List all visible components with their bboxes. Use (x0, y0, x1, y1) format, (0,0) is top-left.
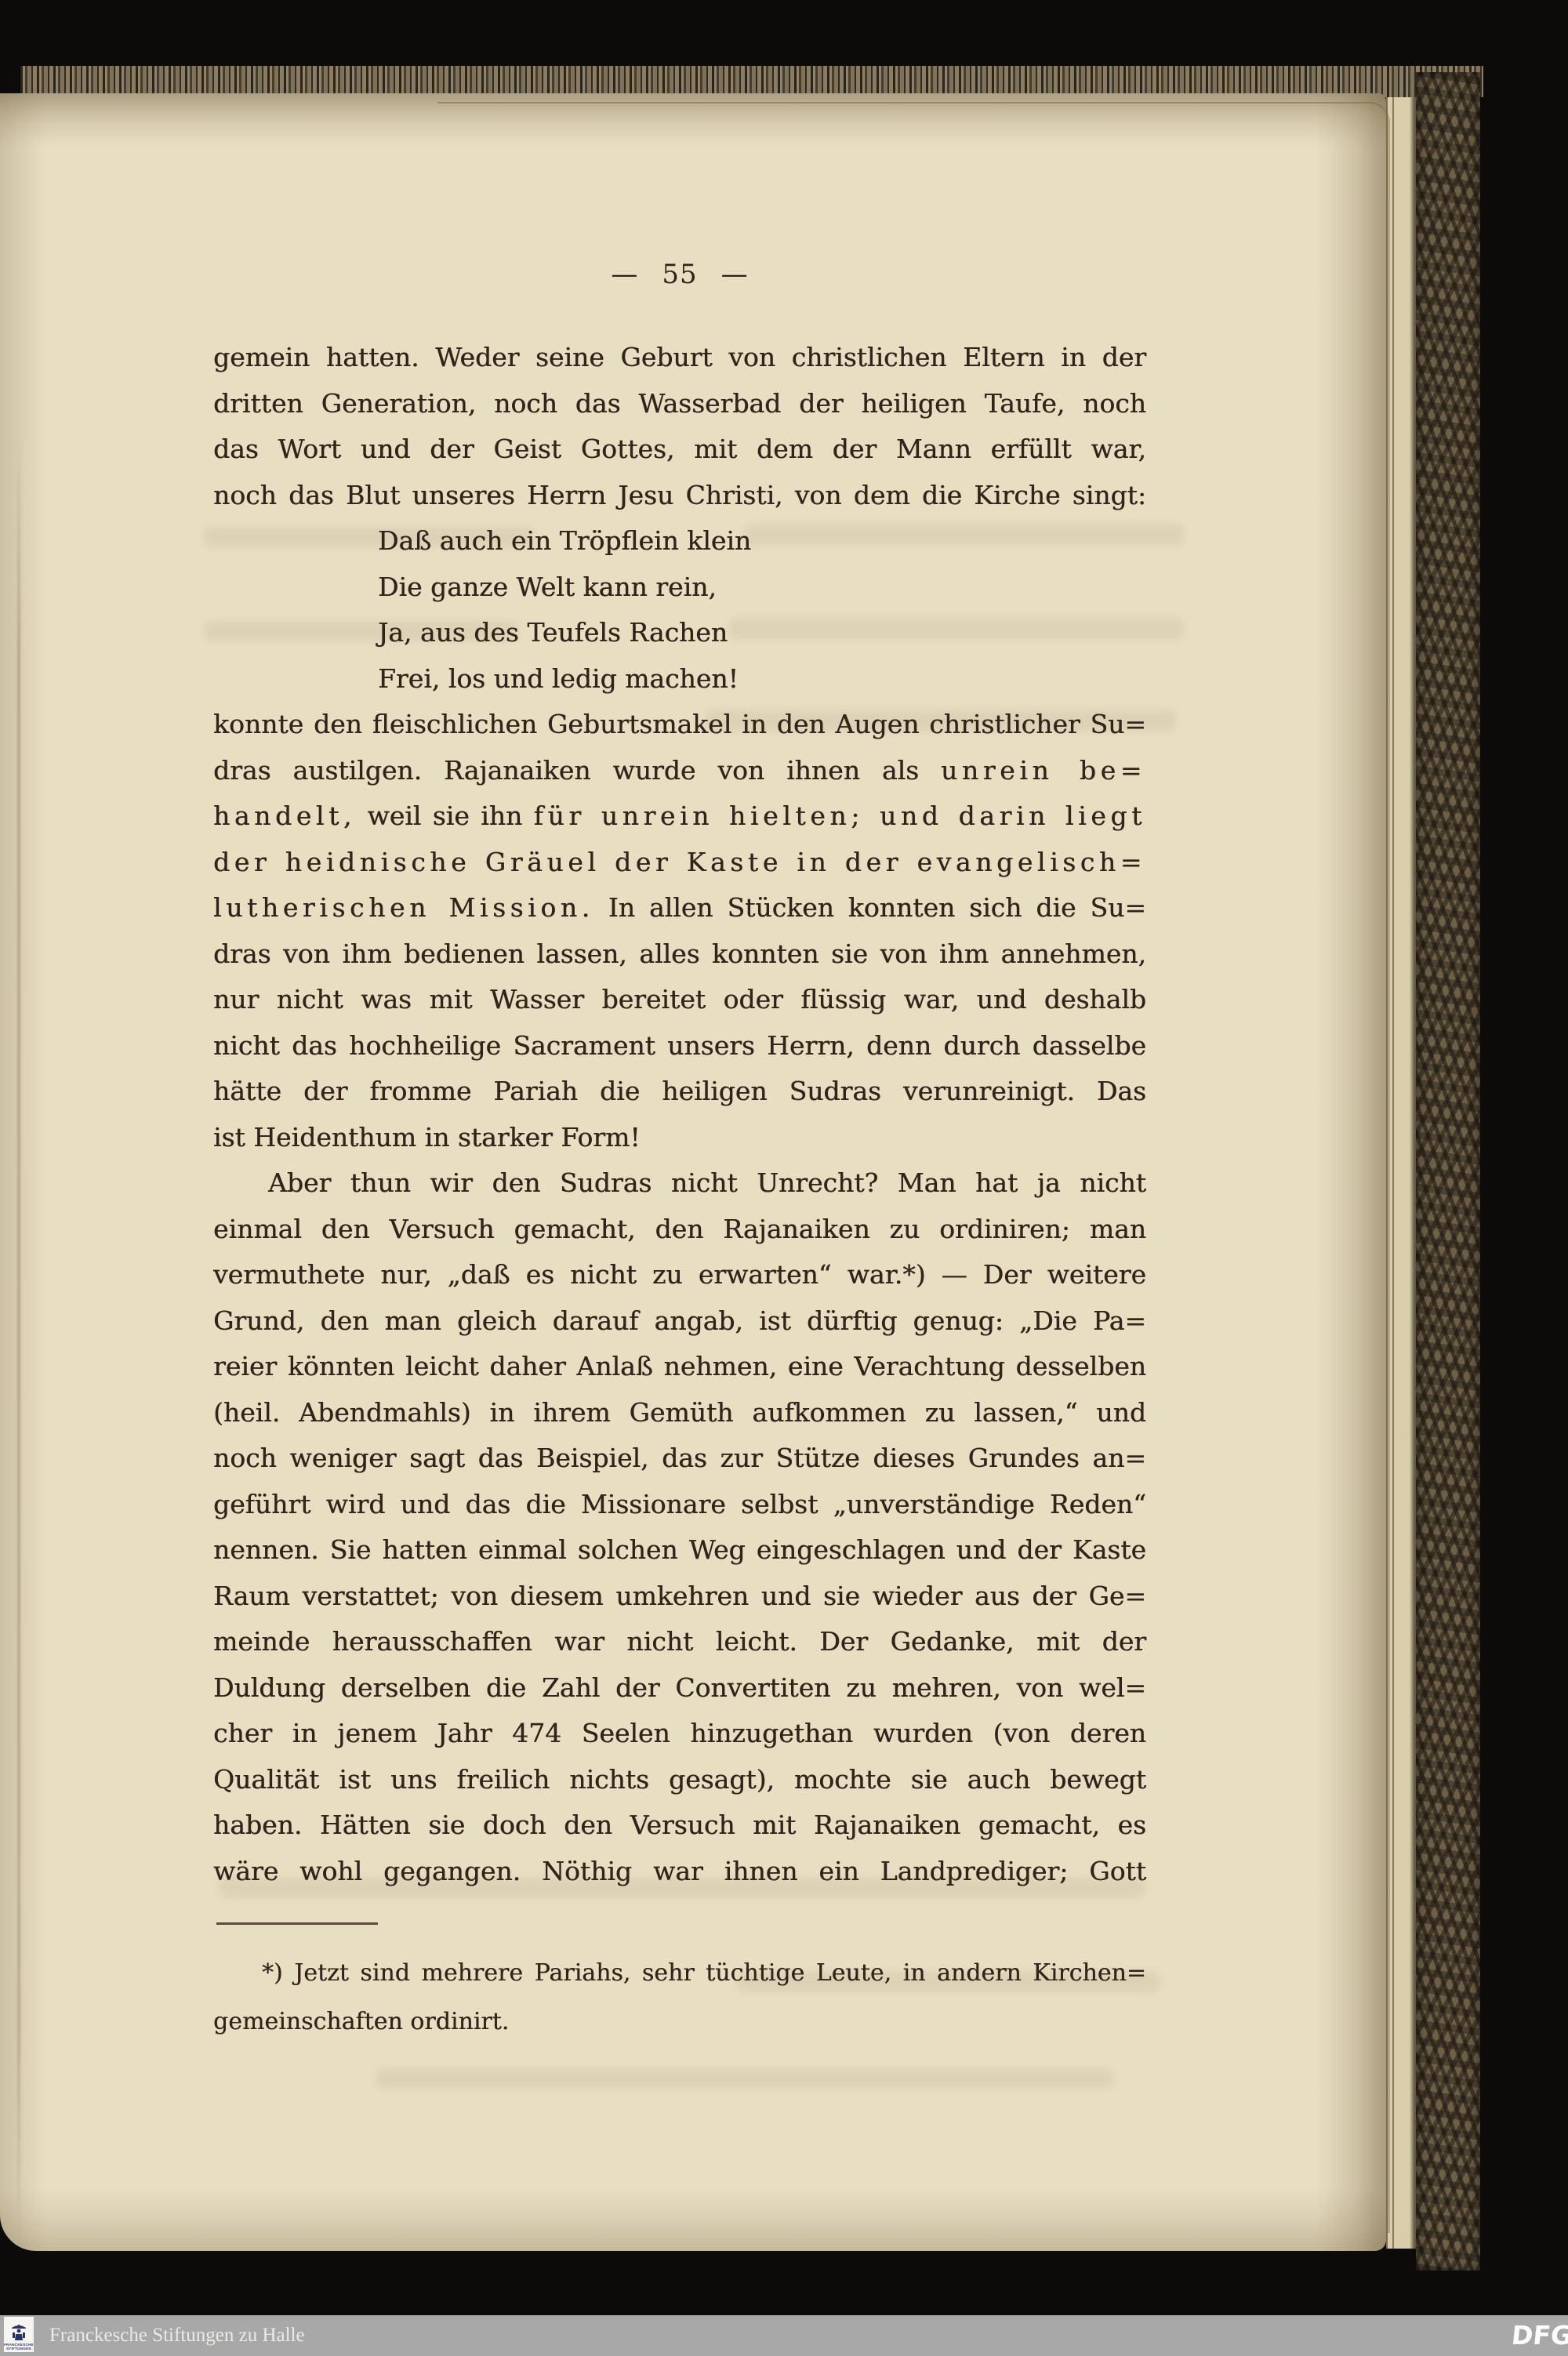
body-text-line: ist Heidenthum in starker Form! (213, 1115, 1146, 1161)
text-segment: Qualität ist uns freilich nichts gesagt)… (213, 1764, 1146, 1795)
body-text-line: lutherischen Mission. In allen Stücken k… (213, 885, 1146, 931)
body-text-line: handelt, weil sie ihn für unrein hielten… (213, 793, 1146, 840)
text-segment: der heidnische Gräuel der Kaste in der e… (213, 847, 1146, 877)
body-text-line: noch weniger sagt das Beispiel, das zur … (213, 1436, 1146, 1482)
body-text-line: Frei, los und ledig machen! (213, 656, 1146, 702)
body-text-line: Grund, den man gleich darauf angab, ist … (213, 1298, 1146, 1345)
text-segment: gemein hatten. Weder seine Geburt von ch… (213, 342, 1146, 372)
text-segment: hätte der fromme Pariah die heiligen Sud… (213, 1076, 1146, 1106)
text-segment: cher in jenem Jahr 474 Seelen hinzugetha… (213, 1718, 1146, 1748)
body-text-line: einmal den Versuch gemacht, den Rajanaik… (213, 1207, 1146, 1253)
text-segment: Ja, aus des Teufels Rachen (378, 617, 728, 648)
text-segment: Grund, den man gleich darauf angab, ist … (213, 1305, 1146, 1336)
body-text-line: Aber thun wir den Sudras nicht Unrecht? … (213, 1160, 1146, 1207)
text-segment: (heil. Abendmahls) in ihrem Gemüth aufko… (213, 1397, 1146, 1428)
ink-bleed-through (376, 2068, 1113, 2089)
body-text-line: nur nicht was mit Wasser bereitet oder f… (213, 977, 1146, 1023)
page-number-dash-right: — (721, 259, 749, 290)
text-segment: ist Heidenthum in starker Form! (213, 1122, 641, 1153)
text-segment: Die ganze Welt kann rein, (378, 572, 717, 602)
text-segment: haben. Hätten sie doch den Versuch mit R… (213, 1810, 1146, 1840)
text-segment: geführt wird und das die Missionare selb… (213, 1489, 1146, 1519)
library-logo-caption-line2: STIFTUNGEN (6, 2347, 31, 2351)
page-number-dash-left: — (611, 259, 638, 290)
text-segment: unrein be= (941, 755, 1146, 786)
text-segment: noch weniger sagt das Beispiel, das zur … (213, 1443, 1146, 1473)
footnote-line: *) Jetzt sind mehrere Pariahs, sehr tüch… (213, 1949, 1146, 1998)
text-segment: dras von ihm bedienen lassen, alles konn… (213, 938, 1146, 969)
francke-foundations-emblem-icon (10, 2323, 27, 2342)
text-segment: Daß auch ein Tröpflein klein (378, 525, 751, 556)
text-segment: einmal den Versuch gemacht, den Rajanaik… (213, 1214, 1146, 1244)
book-right-marbled-edge (1416, 72, 1480, 2271)
text-segment: reier könnten leicht daher Anlaß nehmen,… (213, 1351, 1146, 1381)
library-name-label: Franckesche Stiftungen zu Halle (49, 2323, 305, 2348)
body-text-line: noch das Blut unseres Herrn Jesu Christi… (213, 473, 1146, 519)
page-number-value: 55 (662, 259, 697, 290)
dfg-logo: DFG (1510, 2322, 1565, 2349)
text-segment: weil sie ihn (356, 800, 534, 831)
body-text-line: gemein hatten. Weder seine Geburt von ch… (213, 335, 1146, 381)
text-segment: Duldung derselben die Zahl der Convertit… (213, 1672, 1146, 1703)
body-text-line: wäre wohl gegangen. Nöthig war ihnen ein… (213, 1849, 1146, 1895)
body-text-line: vermuthete nur, „daß es nicht zu erwarte… (213, 1252, 1146, 1298)
body-text-line: hätte der fromme Pariah die heiligen Sud… (213, 1069, 1146, 1115)
page-stack-edge (1386, 97, 1416, 2249)
body-text-line: (heil. Abendmahls) in ihrem Gemüth aufko… (213, 1390, 1146, 1436)
text-segment: Aber thun wir den Sudras nicht Unrecht? … (268, 1167, 1146, 1198)
page-number: —55— (213, 259, 1146, 290)
text-segment: dritten Generation, noch das Wasserbad d… (213, 388, 1146, 419)
body-text-line: cher in jenem Jahr 474 Seelen hinzugetha… (213, 1711, 1146, 1757)
footnote-line: gemeinschaften ordinirt. (213, 1998, 1146, 2046)
body-text-line: haben. Hätten sie doch den Versuch mit R… (213, 1802, 1146, 1849)
body-text-line: geführt wird und das die Missionare selb… (213, 1482, 1146, 1528)
text-segment: für unrein hielten; und darin liegt (534, 800, 1146, 831)
body-text-line: nennen. Sie hatten einmal solchen Weg ei… (213, 1527, 1146, 1574)
text-segment: konnte den fleischlichen Geburtsmakel in… (213, 709, 1146, 739)
footnote-rule (216, 1922, 378, 1925)
text-segment: handelt, (213, 800, 356, 831)
text-segment: *) Jetzt sind mehrere Pariahs, sehr tüch… (262, 1959, 1146, 1987)
footnote: *) Jetzt sind mehrere Pariahs, sehr tüch… (213, 1949, 1146, 2046)
text-segment: Frei, los und ledig machen! (378, 663, 739, 694)
book-top-marbled-edge (20, 66, 1483, 97)
text-segment: meinde herausschaffen war nicht leicht. … (213, 1626, 1146, 1657)
body-text-line: das Wort und der Geist Gottes, mit dem d… (213, 427, 1146, 473)
library-logo: FRANCKESCHE STIFTUNGEN (4, 2317, 34, 2352)
body-text-line: Raum verstattet; von diesem umkehren und… (213, 1574, 1146, 1620)
text-segment: nicht das hochheilige Sacrament unsers H… (213, 1030, 1146, 1061)
text-segment: vermuthete nur, „daß es nicht zu erwarte… (213, 1259, 1146, 1290)
text-segment: wäre wohl gegangen. Nöthig war ihnen ein… (213, 1856, 1146, 1886)
text-segment: lutherischen Mission. (213, 892, 594, 923)
body-text-line: Qualität ist uns freilich nichts gesagt)… (213, 1757, 1146, 1803)
body-text-line: meinde herausschaffen war nicht leicht. … (213, 1619, 1146, 1665)
text-segment: Raum verstattet; von diesem umkehren und… (213, 1581, 1146, 1611)
text-segment: dras austilgen. Rajanaiken wurde von ihn… (213, 755, 941, 786)
body-text-line: nicht das hochheilige Sacrament unsers H… (213, 1023, 1146, 1069)
body-text-line: dritten Generation, noch das Wasserbad d… (213, 381, 1146, 427)
text-segment: nennen. Sie hatten einmal solchen Weg ei… (213, 1534, 1146, 1565)
body-text-line: Daß auch ein Tröpflein klein (213, 518, 1146, 564)
page-crease (17, 439, 20, 2242)
body-text-line: dras von ihm bedienen lassen, alles konn… (213, 931, 1146, 978)
text-segment: gemeinschaften ordinirt. (213, 2008, 509, 2035)
text-segment: nur nicht was mit Wasser bereitet oder f… (213, 984, 1146, 1015)
body-text-line: dras austilgen. Rajanaiken wurde von ihn… (213, 748, 1146, 794)
text-segment: In allen Stücken konnten sich die Su= (594, 892, 1146, 923)
body-text-line: reier könnten leicht daher Anlaß nehmen,… (213, 1344, 1146, 1390)
body-text-line: der heidnische Gräuel der Kaste in der e… (213, 840, 1146, 886)
body-text-line: konnte den fleischlichen Geburtsmakel in… (213, 702, 1146, 748)
text-segment: das Wort und der Geist Gottes, mit dem d… (213, 434, 1146, 464)
text-segment: noch das Blut unseres Herrn Jesu Christi… (213, 480, 1146, 510)
body-text: gemein hatten. Weder seine Geburt von ch… (213, 335, 1146, 1894)
body-text-line: Ja, aus des Teufels Rachen (213, 610, 1146, 656)
body-text-line: Die ganze Welt kann rein, (213, 564, 1146, 611)
body-text-line: Duldung derselben die Zahl der Convertit… (213, 1665, 1146, 1712)
